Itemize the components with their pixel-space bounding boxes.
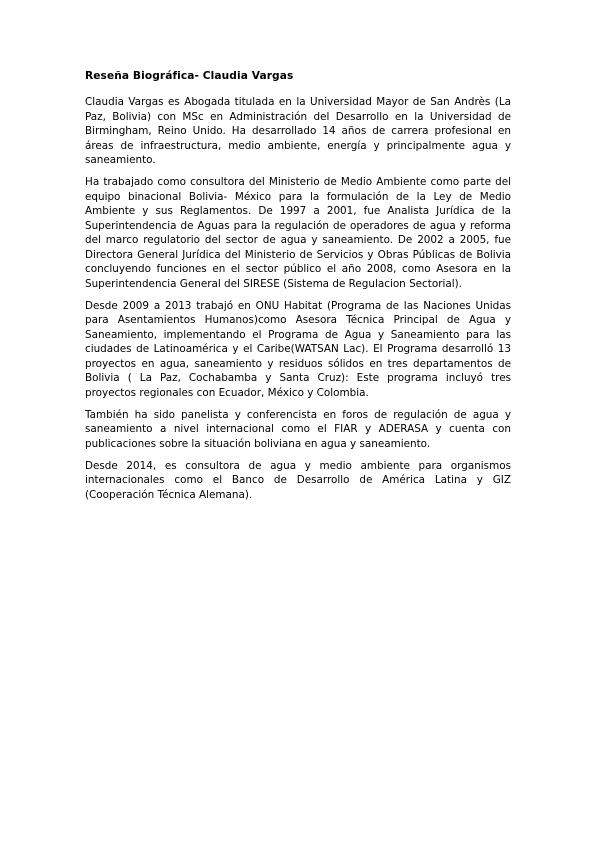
paragraph-public-sector: Ha trabajado como consultora del Ministe…: [85, 175, 511, 291]
paragraph-education: Claudia Vargas es Abogada titulada en la…: [85, 95, 511, 168]
document-title: Reseña Biográfica- Claudia Vargas: [85, 68, 511, 84]
paragraph-consultant: Desde 2014, es consultora de agua y medi…: [85, 459, 511, 503]
paragraph-onu-habitat: Desde 2009 a 2013 trabajó en ONU Habitat…: [85, 299, 511, 401]
document-page: Reseña Biográfica- Claudia Vargas Claudi…: [85, 68, 511, 510]
paragraph-panelist: También ha sido panelista y conferencist…: [85, 408, 511, 452]
